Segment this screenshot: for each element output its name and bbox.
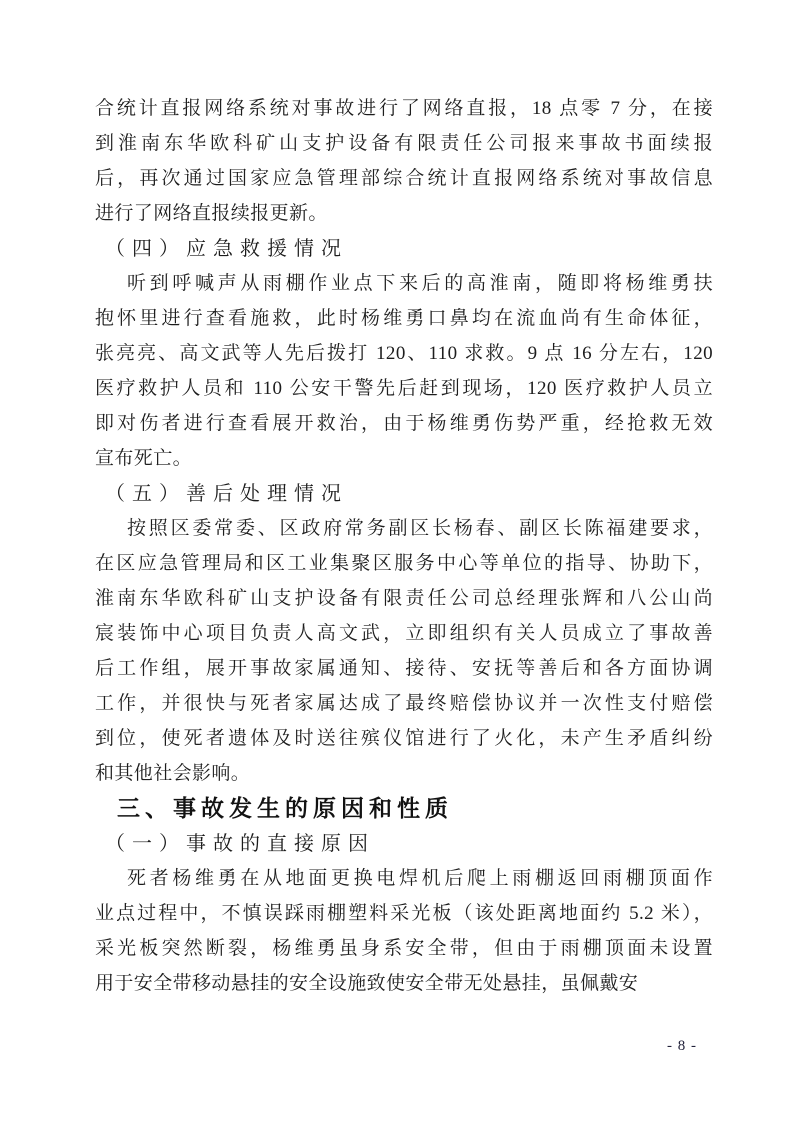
page-number: - 8 - [667, 1036, 697, 1056]
text-line: 按照区委常委、区政府常务副区长杨春、副区长陈福建要求， [95, 511, 713, 546]
text-line: 到位，使死者遗体及时送往殡仪馆进行了火化，未产生矛盾纠纷 [95, 721, 713, 756]
text-line: 张亮亮、高文武等人先后拨打 120、110 求救。9 点 16 分左右，120 [95, 336, 713, 371]
text-line: 在区应急管理局和区工业集聚区服务中心等单位的指导、协助下， [95, 546, 713, 581]
subsection-heading: （五）善后处理情况 [95, 476, 713, 511]
text-line: 业点过程中，不慎误踩雨棚塑料采光板（该处距离地面约 5.2 米）， [95, 896, 713, 931]
text-line: 用于安全带移动悬挂的安全设施致使安全带无处悬挂，虽佩戴安 [95, 966, 713, 1001]
text-line: 后工作组，展开事故家属通知、接待、安抚等善后和各方面协调 [95, 651, 713, 686]
text-line: 和其他社会影响。 [95, 756, 713, 791]
document-body: 合统计直报网络系统对事故进行了网络直报，18 点零 7 分，在接到淮南东华欧科矿… [95, 91, 713, 1001]
text-line: 到淮南东华欧科矿山支护设备有限责任公司报来事故书面续报 [95, 126, 713, 161]
text-line: 宸装饰中心项目负责人高文武，立即组织有关人员成立了事故善 [95, 616, 713, 651]
text-line: 即对伤者进行查看展开救治，由于杨维勇伤势严重，经抢救无效 [95, 406, 713, 441]
text-line: 抱怀里进行查看施救，此时杨维勇口鼻均在流血尚有生命体征， [95, 301, 713, 336]
text-line: 合统计直报网络系统对事故进行了网络直报，18 点零 7 分，在接 [95, 91, 713, 126]
text-line: 后，再次通过国家应急管理部综合统计直报网络系统对事故信息 [95, 161, 713, 196]
subsection-heading: （四）应急救援情况 [95, 231, 713, 266]
text-line: 死者杨维勇在从地面更换电焊机后爬上雨棚返回雨棚顶面作 [95, 861, 713, 896]
text-line: 淮南东华欧科矿山支护设备有限责任公司总经理张辉和八公山尚 [95, 581, 713, 616]
text-line: 宣布死亡。 [95, 441, 713, 476]
text-line: 工作，并很快与死者家属达成了最终赔偿协议并一次性支付赔偿 [95, 686, 713, 721]
text-line: 听到呼喊声从雨棚作业点下来后的高淮南，随即将杨维勇扶 [95, 266, 713, 301]
section-heading: 三、事故发生的原因和性质 [95, 791, 713, 826]
text-line: 医疗救护人员和 110 公安干警先后赶到现场，120 医疗救护人员立 [95, 371, 713, 406]
document-page: 合统计直报网络系统对事故进行了网络直报，18 点零 7 分，在接到淮南东华欧科矿… [0, 0, 792, 1122]
text-line: 采光板突然断裂，杨维勇虽身系安全带，但由于雨棚顶面未设置 [95, 931, 713, 966]
text-line: 进行了网络直报续报更新。 [95, 196, 713, 231]
subsection-heading: （一）事故的直接原因 [95, 826, 713, 861]
